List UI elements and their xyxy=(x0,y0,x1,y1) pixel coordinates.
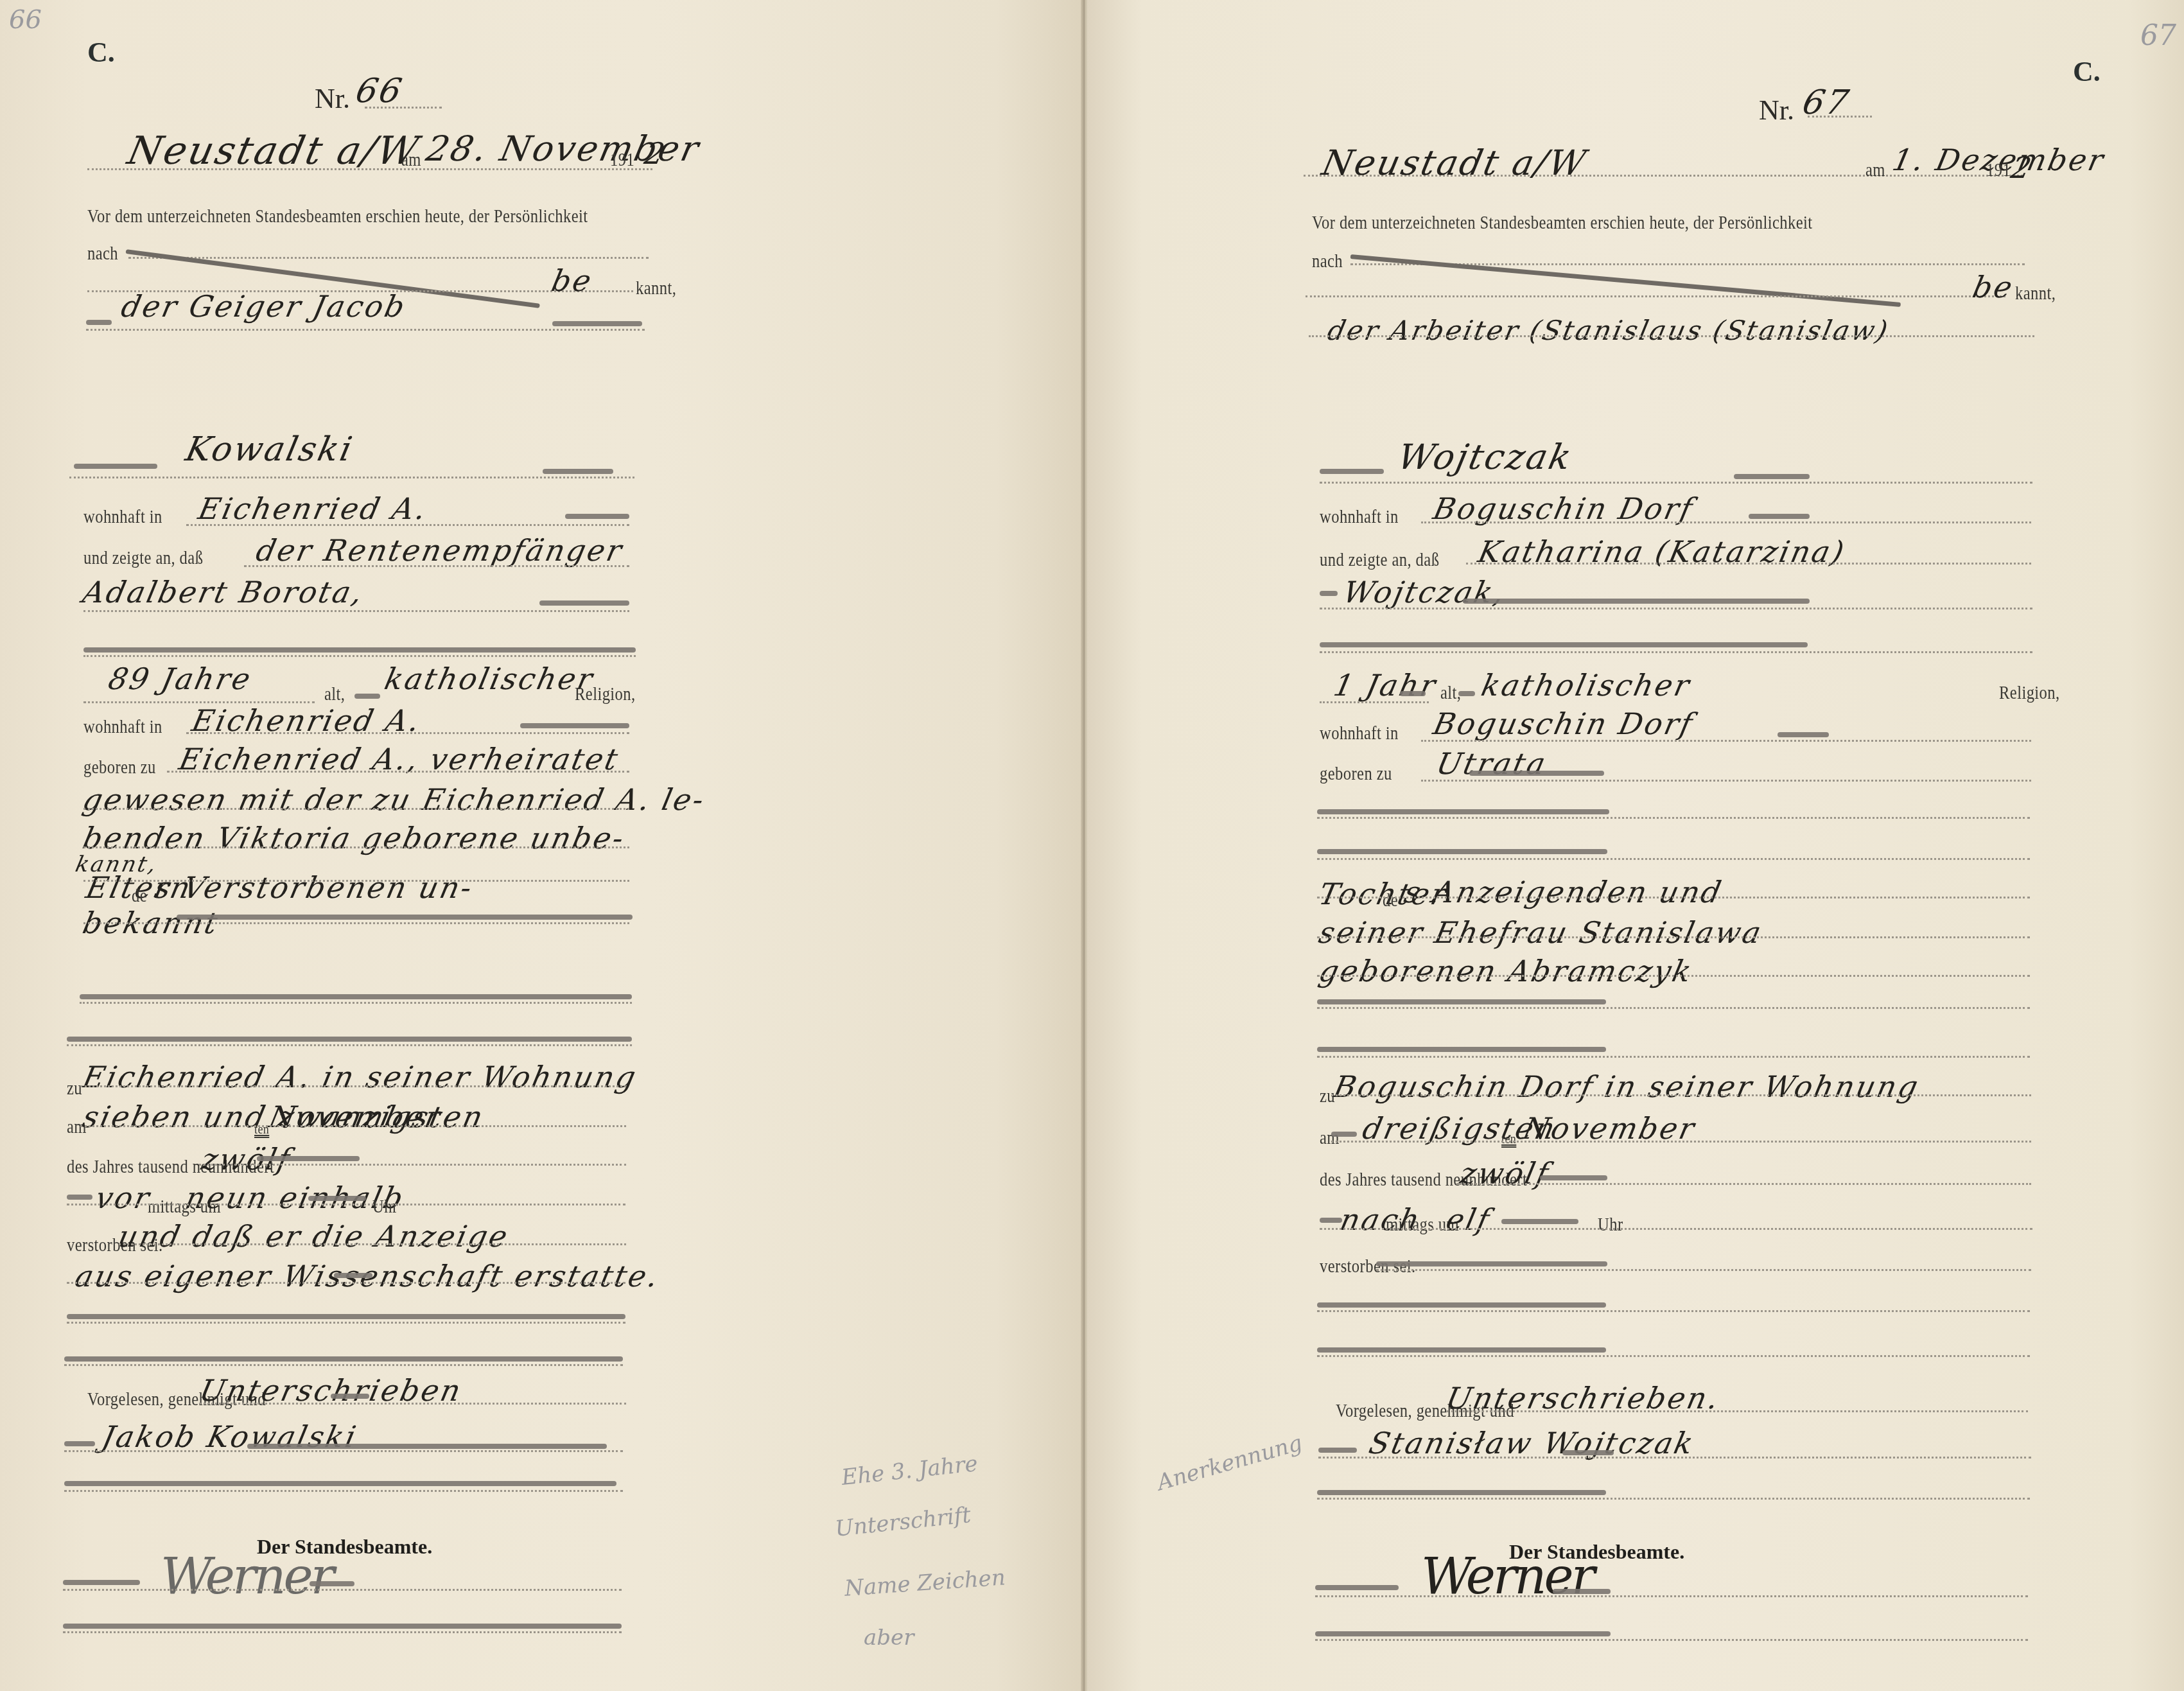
dotted-rule xyxy=(1317,1498,2030,1500)
fill-stroke xyxy=(1458,691,1475,696)
geboren-label: geboren zu xyxy=(83,757,156,778)
fill-stroke xyxy=(1501,1219,1578,1224)
year-print: 191 xyxy=(1986,159,2011,181)
dotted-rule xyxy=(1317,1310,2030,1312)
dotted-rule xyxy=(1306,295,2005,297)
fill-stroke xyxy=(86,320,112,325)
dotted-rule xyxy=(1376,1269,2031,1271)
fill-stroke xyxy=(1463,599,1810,604)
dotted-rule xyxy=(199,1164,626,1166)
fill-stroke xyxy=(1317,1347,1606,1353)
age: 1 Jahr xyxy=(1331,668,1440,703)
dotted-rule xyxy=(1331,1141,2031,1143)
dotted-rule xyxy=(69,477,634,478)
dotted-rule xyxy=(83,610,629,612)
fill-stroke xyxy=(331,1394,369,1399)
informant-line-1: der Geiger Jacob xyxy=(118,289,409,324)
entry-number-label: Nr. xyxy=(1759,94,1794,127)
informant-residence: Eichenried A. xyxy=(195,491,431,526)
dotted-rule xyxy=(1317,1007,2030,1009)
fill-stroke xyxy=(247,1444,607,1449)
dotted-rule xyxy=(1320,608,2032,609)
fill-stroke xyxy=(1317,1047,1606,1052)
fill-stroke xyxy=(1553,1589,1611,1594)
dotted-rule xyxy=(1320,482,2032,484)
religion: katholischer xyxy=(381,662,597,696)
intro-text: Vor dem unterzeichneten Standesbeamten e… xyxy=(87,206,588,227)
death-place: Eichenried A. in seiner Wohnung xyxy=(80,1060,640,1094)
fill-stroke xyxy=(543,469,613,474)
deceased-line-2: Adalbert Borota, xyxy=(80,575,367,609)
uhr-label: Uhr xyxy=(1598,1214,1623,1236)
dotted-rule xyxy=(1456,1183,2031,1185)
am-label: am xyxy=(1320,1127,1340,1149)
pencil-note-line-1: Ehe 3. Jahre xyxy=(840,1451,979,1491)
fill-stroke xyxy=(539,600,629,606)
dotted-rule xyxy=(1421,740,2031,742)
fill-stroke xyxy=(64,1481,616,1486)
fill-stroke xyxy=(67,1314,625,1319)
extra-line-3: s Verstorbenen un- xyxy=(152,870,476,905)
entry-number: 67 xyxy=(1799,83,1854,122)
entry-number: 66 xyxy=(353,72,407,110)
parents-line-1: s Anzeigenden und xyxy=(1401,875,1726,909)
dotted-rule xyxy=(64,1450,623,1452)
form-mark: C. xyxy=(87,36,115,69)
fill-stroke xyxy=(1320,591,1338,596)
registrar-signature: Werner xyxy=(161,1548,332,1606)
parents-line-3: geborenen Abramczyk xyxy=(1316,954,1696,988)
zeigte-an-label: und zeigte an, daß xyxy=(1320,549,1439,571)
alt-label: alt, xyxy=(324,683,345,705)
deceased-line-2: Wojtczak, xyxy=(1340,575,1509,609)
dotted-rule xyxy=(167,771,629,773)
fill-stroke xyxy=(64,1356,623,1362)
extra-line-2: benden Viktoria geborene unbe- xyxy=(80,821,629,855)
fill-stroke xyxy=(1320,1218,1342,1223)
fill-stroke xyxy=(310,1581,354,1586)
fill-stroke xyxy=(67,1037,632,1042)
fill-stroke xyxy=(1320,469,1384,474)
fill-stroke xyxy=(354,694,380,699)
entry-number-label: Nr. xyxy=(315,82,350,115)
death-year: zwölf xyxy=(1457,1156,1553,1191)
fill-stroke xyxy=(1318,1448,1357,1453)
deceased-residence: Boguschin Dorf xyxy=(1430,706,1697,741)
fill-stroke xyxy=(1376,1261,1607,1266)
dotted-rule xyxy=(83,655,636,657)
am-label: am xyxy=(401,149,421,171)
dotted-rule xyxy=(186,732,629,734)
informant-signature: Stanisław Wojtczak xyxy=(1366,1426,1698,1460)
fill-stroke xyxy=(334,1273,372,1278)
dotted-rule xyxy=(80,1125,626,1127)
de-label: de xyxy=(1383,889,1398,911)
dotted-rule xyxy=(1320,651,2032,653)
fill-stroke xyxy=(80,994,632,999)
fill-stroke xyxy=(1317,1490,1606,1495)
fill-stroke xyxy=(257,1156,360,1161)
religion-label: Religion, xyxy=(1999,682,2060,704)
geboren-label: geboren zu xyxy=(1320,763,1392,785)
dotted-rule xyxy=(83,808,629,810)
form-mark: C. xyxy=(2073,55,2101,88)
fill-stroke xyxy=(83,647,636,653)
religion-label: Religion, xyxy=(575,683,636,705)
dotted-rule xyxy=(1317,817,2030,819)
intro-text: Vor dem unterzeichneten Standesbeamten e… xyxy=(1312,212,1813,234)
dotted-rule xyxy=(67,1044,632,1046)
page-number-pencil: 66 xyxy=(9,5,42,35)
fill-stroke xyxy=(1317,809,1609,814)
strike-line xyxy=(1350,254,1901,307)
informant-residence: Boguschin Dorf xyxy=(1430,491,1697,526)
de-label: de xyxy=(132,885,147,907)
year-print: 191 xyxy=(610,149,634,171)
dotted-rule xyxy=(1421,521,2031,523)
dotted-rule xyxy=(63,1631,622,1633)
dotted-rule xyxy=(64,1364,623,1366)
place-handwritten: Neustadt a/W xyxy=(1318,143,1591,183)
wohnhaft-label: wohnhaft in xyxy=(1320,506,1399,528)
religion: katholischer xyxy=(1478,668,1694,703)
kannt-label: kannt, xyxy=(636,277,676,299)
dotted-rule xyxy=(1317,1355,2030,1357)
informant-line-2: Kowalski xyxy=(182,430,357,469)
dotted-rule xyxy=(83,922,629,924)
dotted-rule xyxy=(1320,701,1429,703)
remark-line-1: und daß er die Anzeige xyxy=(115,1219,512,1254)
death-month: November xyxy=(266,1100,445,1134)
deceased-line-1: der Rentenempfänger xyxy=(253,533,627,568)
dotted-rule xyxy=(1317,936,2030,938)
dotted-rule xyxy=(80,1002,632,1004)
dotted-rule xyxy=(128,257,649,259)
fill-stroke xyxy=(308,1196,366,1201)
dotted-rule xyxy=(86,329,645,331)
dotted-rule xyxy=(1331,1094,2031,1096)
death-place: Boguschin Dorf in seiner Wohnung xyxy=(1331,1069,1923,1104)
uhr-label: Uhr xyxy=(372,1196,397,1218)
fill-stroke xyxy=(64,1441,95,1446)
fill-stroke xyxy=(1734,474,1810,479)
dotted-rule xyxy=(67,1204,625,1205)
dotted-rule xyxy=(1309,335,2034,337)
fill-stroke xyxy=(63,1580,140,1585)
fill-stroke xyxy=(1320,642,1808,647)
dotted-rule xyxy=(67,1282,625,1284)
wohnhaft-label: wohnhaft in xyxy=(1320,723,1399,744)
dotted-rule xyxy=(1421,780,2031,782)
fill-stroke xyxy=(63,1624,622,1629)
dotted-rule xyxy=(63,1589,622,1591)
fill-stroke xyxy=(177,915,633,920)
zeigte-an-label: und zeigte an, daß xyxy=(83,547,203,569)
age: 89 Jahre xyxy=(105,662,255,696)
dotted-rule xyxy=(1315,1595,2028,1597)
dotted-rule xyxy=(119,1243,626,1245)
fill-stroke xyxy=(1540,1175,1607,1180)
informant-line-1: der Arbeiter (Stanislaus (Stanislaw) xyxy=(1325,315,1892,346)
pencil-note-line-2: Unterschrift xyxy=(834,1502,972,1542)
death-time: elf xyxy=(1443,1202,1494,1237)
bekannt-prefix: be xyxy=(1970,270,2017,304)
nach-label: nach xyxy=(1312,250,1343,272)
place-handwritten: Neustadt a/W xyxy=(124,128,424,173)
fill-stroke xyxy=(1331,1132,1357,1137)
dotted-rule xyxy=(199,1403,626,1405)
fill-stroke xyxy=(1315,1585,1399,1590)
fill-stroke xyxy=(1469,771,1604,776)
fill-stroke xyxy=(1749,514,1810,519)
dotted-rule xyxy=(83,880,629,882)
fill-stroke xyxy=(1317,849,1607,854)
fill-stroke xyxy=(67,1195,92,1200)
page-number-pencil: 67 xyxy=(2140,19,2176,52)
pencil-note-line-3: Name Zeichen xyxy=(844,1564,1006,1601)
dotted-rule xyxy=(1317,858,2030,860)
wohnhaft-label: wohnhaft in xyxy=(83,716,162,738)
zu-label: zu xyxy=(67,1078,82,1100)
fill-stroke xyxy=(1317,999,1606,1004)
dotted-rule xyxy=(1320,1228,2032,1230)
extra-line-1: gewesen mit der zu Eichenried A. le- xyxy=(80,782,708,817)
dotted-rule xyxy=(64,1490,623,1492)
fill-stroke xyxy=(74,464,157,469)
informant-line-2: Wojtczak xyxy=(1394,437,1577,477)
bekannt-prefix: be xyxy=(548,263,596,298)
right-register-page: 67 C. Nr. 67 Neustadt a/W am 1. Dezember… xyxy=(1087,0,2184,1691)
dotted-rule xyxy=(1315,1639,2028,1641)
wohnhaft-label: wohnhaft in xyxy=(83,506,162,528)
dotted-rule xyxy=(1317,975,2030,977)
vor-nach: vor xyxy=(92,1180,154,1215)
kannt-label: kannt, xyxy=(2015,283,2056,304)
fill-stroke xyxy=(1317,1302,1606,1308)
dotted-rule xyxy=(1317,897,2030,898)
nach-label: nach xyxy=(87,243,118,265)
left-register-page: 66 C. Nr. 66 Neustadt a/W am 28. Novembe… xyxy=(0,0,1082,1691)
am-label: am xyxy=(1865,159,1885,181)
dotted-rule xyxy=(1447,1410,2028,1412)
parents-line-2: seiner Ehefrau Stanislawa xyxy=(1316,915,1766,950)
fill-stroke xyxy=(1562,1450,1614,1455)
dotted-rule xyxy=(67,1322,625,1324)
dotted-rule xyxy=(80,1085,626,1087)
dotted-rule xyxy=(1318,1457,2031,1459)
fill-stroke xyxy=(565,514,629,519)
fill-stroke xyxy=(1778,732,1829,737)
dotted-rule xyxy=(1466,563,2031,565)
fill-stroke xyxy=(520,723,629,728)
pencil-note-line-4: aber xyxy=(864,1625,914,1651)
dotted-rule xyxy=(186,524,629,526)
verstorben-label: verstorben sei. xyxy=(1320,1256,1416,1277)
dotted-rule xyxy=(1317,1056,2030,1058)
fill-stroke xyxy=(552,321,642,326)
pencil-note: Anerkennung xyxy=(1154,1430,1305,1496)
fill-stroke xyxy=(1400,691,1426,696)
dotted-rule xyxy=(83,846,629,848)
fill-stroke xyxy=(1315,1631,1611,1636)
dotted-rule xyxy=(244,565,629,567)
ten-label: ten xyxy=(1501,1130,1516,1147)
